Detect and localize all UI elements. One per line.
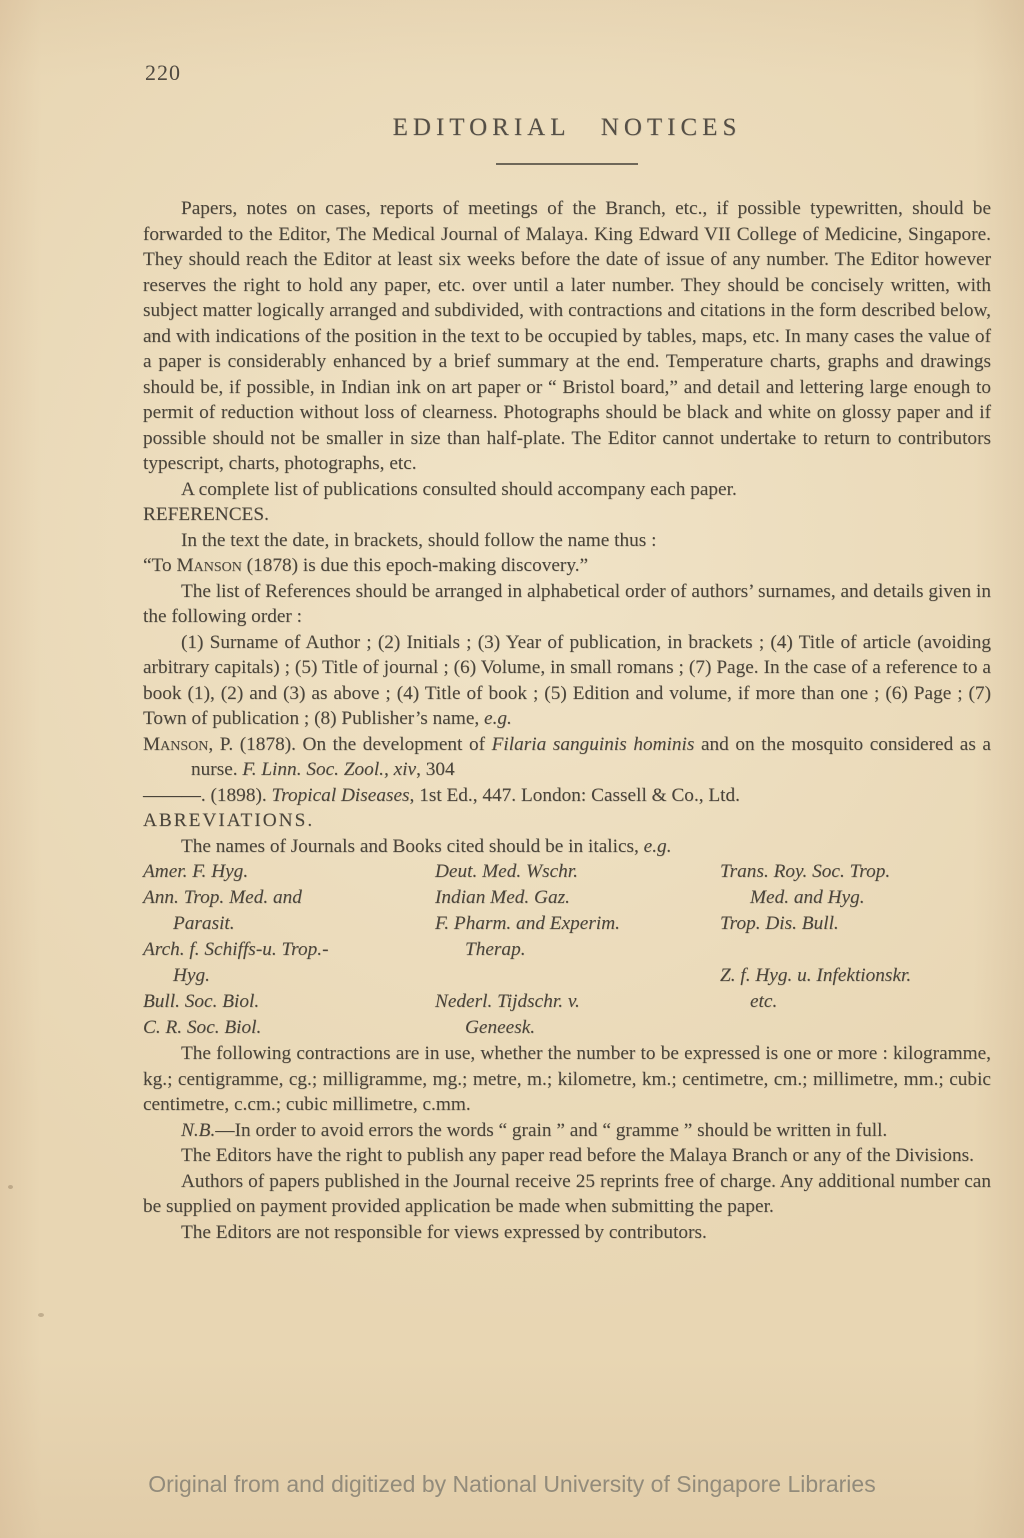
reference-journal-italic: F. Linn. Soc. Zool., xiv xyxy=(242,759,416,780)
order-text: (1) Surname of Author ; (2) Initials ; (… xyxy=(143,632,991,730)
abbreviations-heading: ABREVIATIONS. xyxy=(143,808,991,834)
title-divider xyxy=(496,163,638,165)
abbrev-item: Geneesk. xyxy=(435,1015,720,1041)
references-arrangement-paragraph: The list of References should be arrange… xyxy=(143,579,991,630)
digitization-credit: Original from and digitized by National … xyxy=(0,1471,1024,1498)
nb-label: N.B. xyxy=(181,1120,215,1141)
abbrev-item: Therap. xyxy=(435,937,720,963)
abbrev-item: Deut. Med. Wschr. xyxy=(435,859,720,885)
abbrev-intro-text: The names of Journals and Books cited sh… xyxy=(181,836,644,857)
abbrev-item: Trop. Dis. Bull. xyxy=(720,911,991,937)
abbrev-item xyxy=(720,1015,991,1041)
abbrev-item xyxy=(435,963,720,989)
intro-paragraph: Papers, notes on cases, reports of meeti… xyxy=(143,196,991,477)
reference-example-line: “To Manson (1878) is due this epoch-maki… xyxy=(143,553,991,579)
order-eg: e.g. xyxy=(484,708,512,729)
reference-seg4: , 1st Ed., 447. London: Cassell & Co., L… xyxy=(410,785,740,806)
abbrev-item: C. R. Soc. Biol. xyxy=(143,1015,435,1041)
abbrev-item: etc. xyxy=(720,989,991,1015)
abbrev-item: Trans. Roy. Soc. Trop. xyxy=(720,859,991,885)
contractions-paragraph: The following contractions are in use, w… xyxy=(143,1041,991,1118)
abbrev-item xyxy=(720,937,991,963)
abbreviations-intro: The names of Journals and Books cited sh… xyxy=(143,834,991,860)
reference-title-italic: Filaria sanguinis hominis xyxy=(492,734,695,755)
page-content: EDITORIAL NOTICES Papers, notes on cases… xyxy=(143,0,991,1245)
abbrev-item: Ann. Trop. Med. and xyxy=(143,885,435,911)
abbrev-item: Arch. f. Schiffs-u. Trop.- xyxy=(143,937,435,963)
reference-seg1: , P. (1878). On the development of xyxy=(208,734,491,755)
paper-speck xyxy=(8,1185,13,1189)
abbrev-item: Amer. F. Hyg. xyxy=(143,859,435,885)
publish-right-paragraph: The Editors have the right to publish an… xyxy=(143,1143,991,1169)
page-title: EDITORIAL NOTICES xyxy=(143,0,991,142)
views-paragraph: The Editors are not responsible for view… xyxy=(143,1220,991,1246)
reference-book-italic: Tropical Diseases xyxy=(272,785,410,806)
nb-text: —In order to avoid errors the words “ gr… xyxy=(215,1120,887,1141)
abbrev-item: Med. and Hyg. xyxy=(720,885,991,911)
abbrev-item: Hyg. xyxy=(143,963,435,989)
abbrev-item: Parasit. xyxy=(143,911,435,937)
abbrev-item: Z. f. Hyg. u. Infektionskr. xyxy=(720,963,991,989)
reference-seg3: , 304 xyxy=(416,759,455,780)
paper-speck xyxy=(38,1313,44,1317)
references-intro-line: In the text the date, in brackets, shoul… xyxy=(143,528,991,554)
references-heading: REFERENCES. xyxy=(143,502,991,528)
abbrev-item: Nederl. Tijdschr. v. xyxy=(435,989,720,1015)
reference-author-name: Manson xyxy=(143,734,208,755)
reprints-paragraph: Authors of papers published in the Journ… xyxy=(143,1169,991,1220)
example-author-name: Manson xyxy=(176,555,241,576)
abbrev-item: Bull. Soc. Biol. xyxy=(143,989,435,1015)
reference-entry-1878: Manson, P. (1878). On the development of… xyxy=(143,732,991,783)
abbrev-intro-eg: e.g. xyxy=(644,836,672,857)
abbreviations-table: Amer. F. Hyg. Deut. Med. Wschr. Trans. R… xyxy=(143,859,991,1041)
example-quote-pre: “To xyxy=(143,555,176,576)
abbrev-item: F. Pharm. and Experim. xyxy=(435,911,720,937)
scanned-journal-page: 220 EDITORIAL NOTICES Papers, notes on c… xyxy=(0,0,1024,1538)
nb-paragraph: N.B.—In order to avoid errors the words … xyxy=(143,1118,991,1144)
example-quote-post: (1878) is due this epoch-making discover… xyxy=(242,555,588,576)
abbrev-item: Indian Med. Gaz. xyxy=(435,885,720,911)
publications-list-paragraph: A complete list of publications consulte… xyxy=(143,477,991,503)
references-order-paragraph: (1) Surname of Author ; (2) Initials ; (… xyxy=(143,630,991,732)
reference-dash-seg: ———. (1898). xyxy=(143,785,272,806)
reference-entry-1898: ———. (1898). Tropical Diseases, 1st Ed.,… xyxy=(143,783,991,809)
